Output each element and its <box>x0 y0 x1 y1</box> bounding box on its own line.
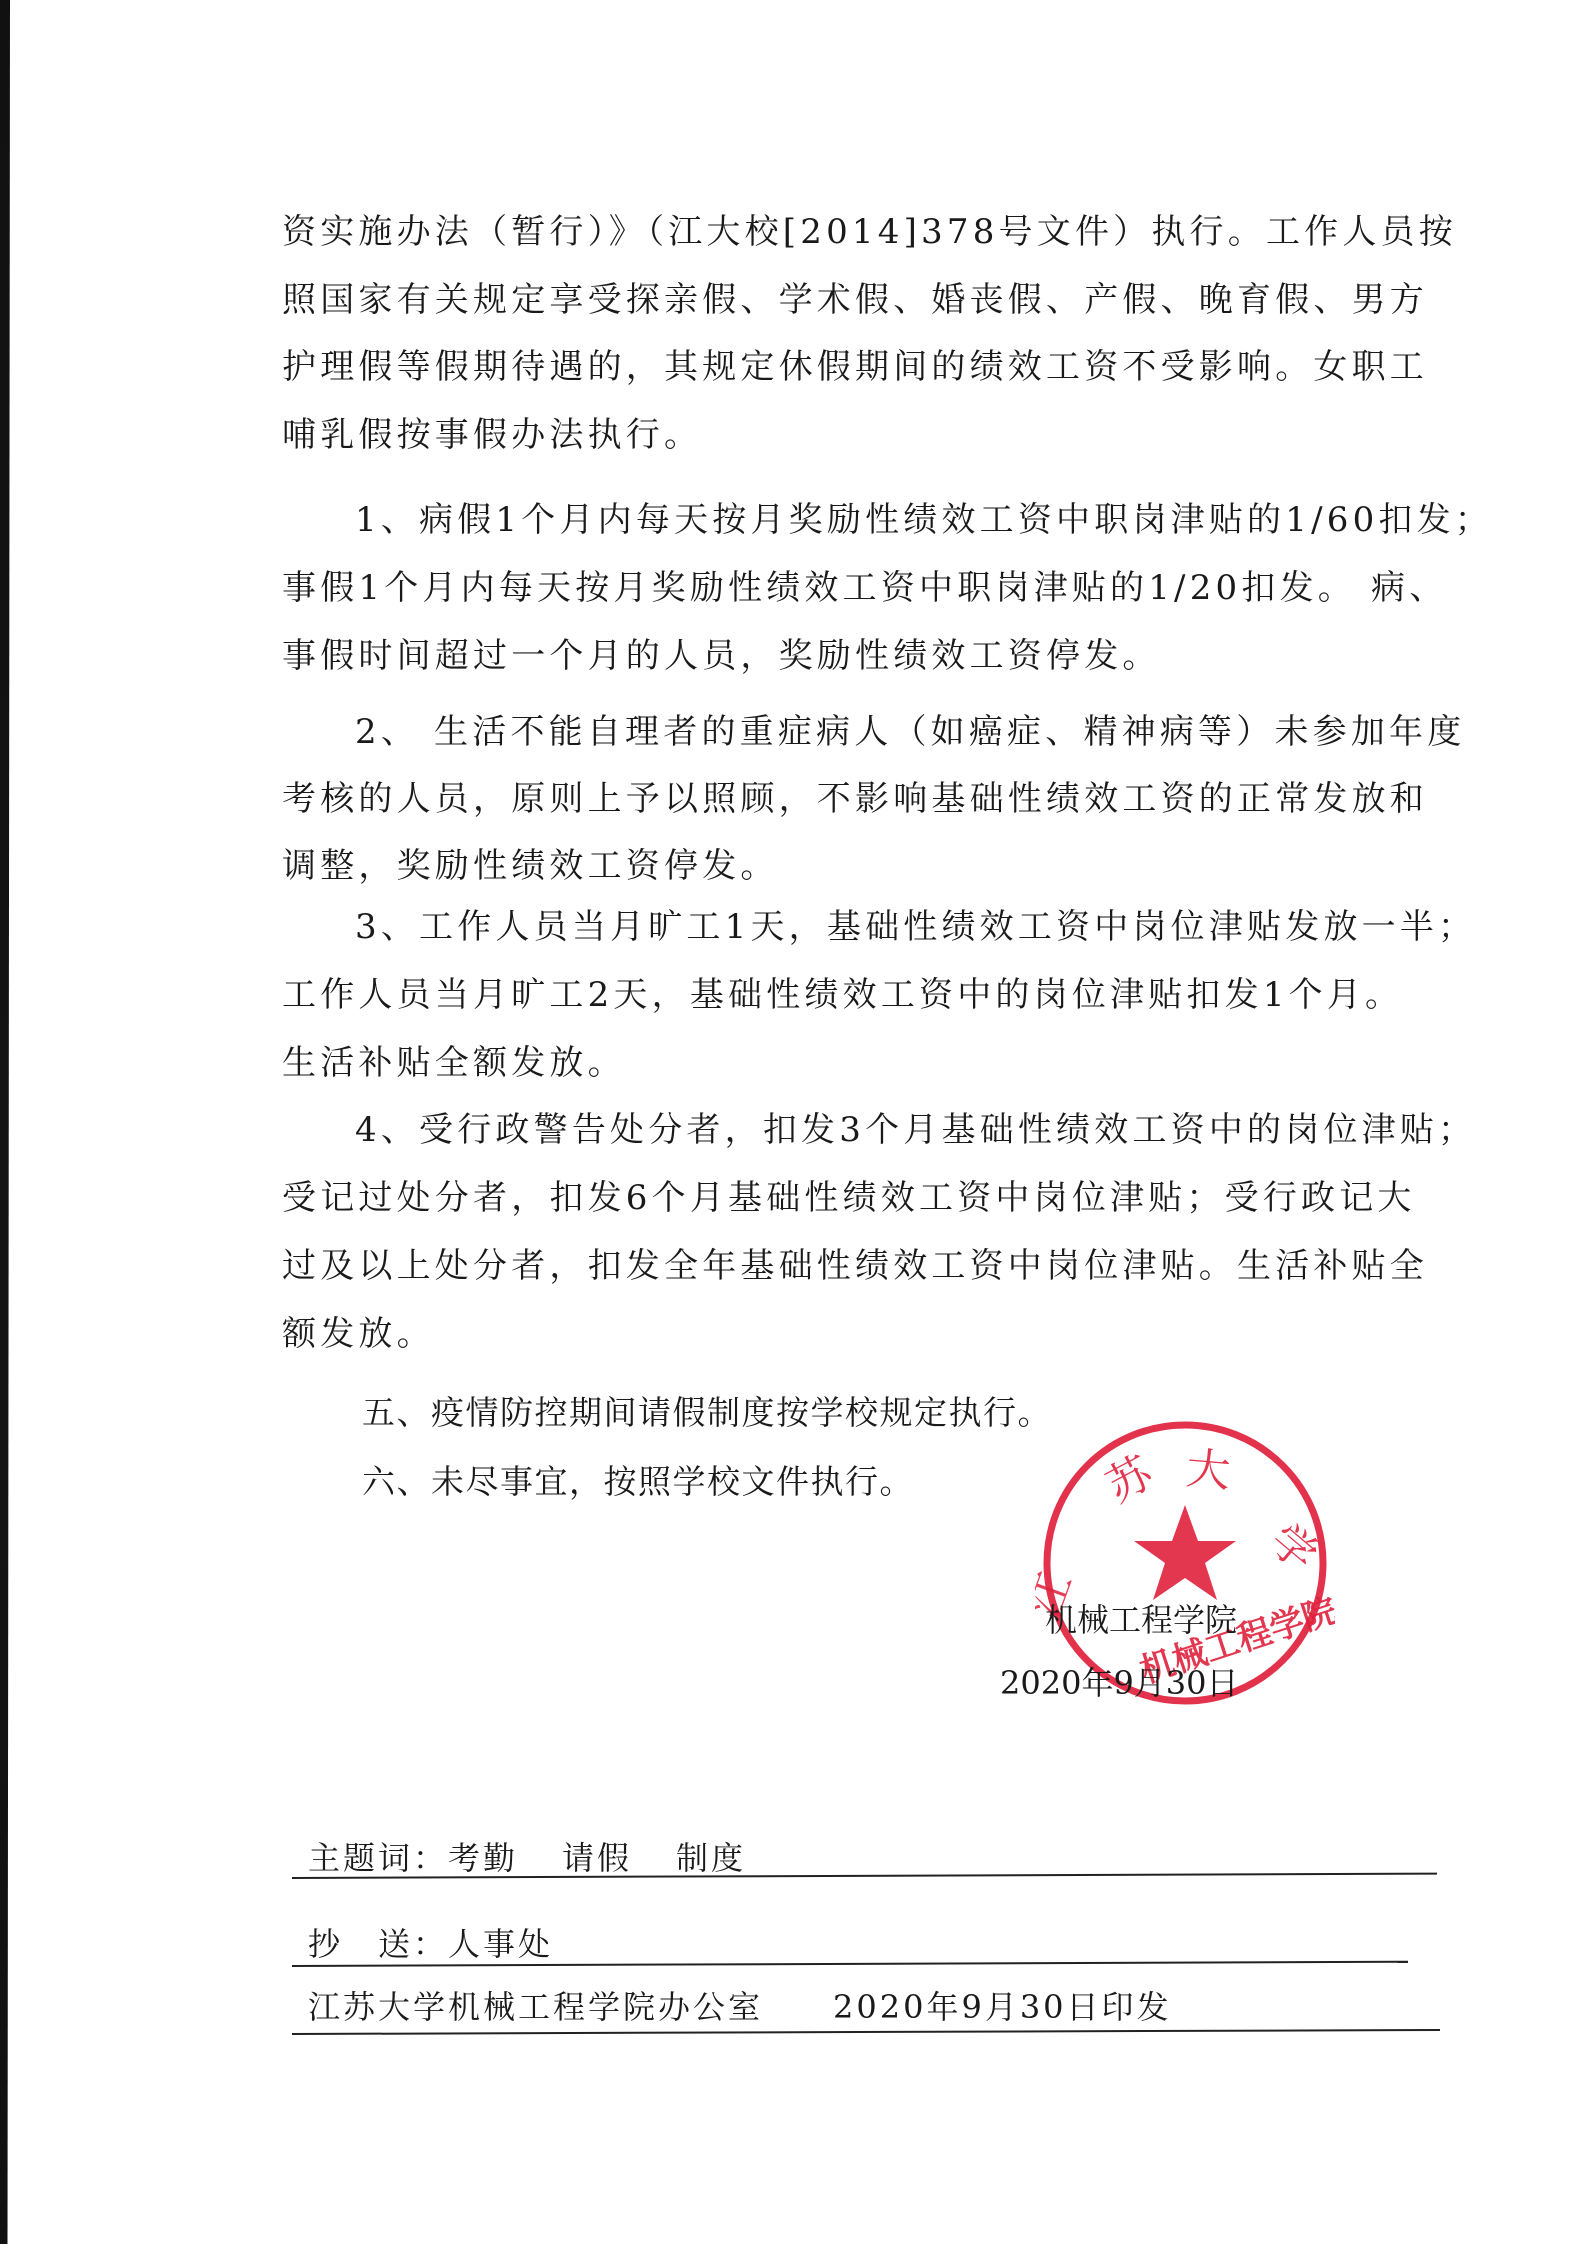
item-4-line: 4、受行政警告处分者，扣发3个月基础性绩效工资中的岗位津贴； <box>355 1110 1485 1150</box>
issuer-name: 江苏大学机械工程学院办公室 <box>308 1988 763 2026</box>
item-1-line: 事假时间超过一个月的人员，奖励性绩效工资停发。 <box>282 636 1412 676</box>
keywords-row: 主题词：考勤请假制度 <box>308 1838 746 1878</box>
item-4-line: 过及以上处分者，扣发全年基础性绩效工资中岗位津贴。生活补贴全 <box>282 1246 1412 1286</box>
item-2-line: 考核的人员，原则上予以照顾，不影响基础性绩效工资的正常发放和 <box>282 779 1412 819</box>
item-3-line: 工作人员当月旷工2天，基础性绩效工资中的岗位津贴扣发1个月。 <box>282 975 1412 1015</box>
keywords-label: 主题词： <box>308 1839 448 1877</box>
keyword: 考勤 <box>448 1839 518 1877</box>
body-line: 资实施办法（暂行）》（江大校[2014]378号文件）执行。工作人员按 <box>282 212 1412 252</box>
svg-text:大: 大 <box>1184 1443 1232 1498</box>
keyword: 制度 <box>676 1839 746 1877</box>
item-1-line: 事假1个月内每天按月奖励性绩效工资中职岗津贴的1/20扣发。 病、 <box>282 568 1412 608</box>
item-2-line: 2、 生活不能自理者的重症病人（如癌症、精神病等）未参加年度 <box>355 712 1485 752</box>
item-4-line: 受记过处分者，扣发6个月基础性绩效工资中岗位津贴；受行政记大 <box>282 1178 1412 1218</box>
cc-value: 人事处 <box>448 1925 553 1963</box>
star-icon <box>1134 1505 1236 1600</box>
cc-row: 抄 送：人事处 <box>308 1924 553 1964</box>
keyword: 请假 <box>562 1839 632 1877</box>
body-line: 照国家有关规定享受探亲假、学术假、婚丧假、产假、晚育假、男方 <box>282 280 1412 320</box>
svg-text:苏: 苏 <box>1098 1447 1162 1513</box>
signature-date: 2020年9月30日 <box>1000 1663 1239 1703</box>
body-line: 哺乳假按事假办法执行。 <box>282 415 1412 455</box>
document-page: 资实施办法（暂行）》（江大校[2014]378号文件）执行。工作人员按 照国家有… <box>0 0 1587 2244</box>
body-line: 护理假等假期待遇的，其规定休假期间的绩效工资不受影响。女职工 <box>282 347 1412 387</box>
issuer-row: 江苏大学机械工程学院办公室2020年9月30日印发 <box>308 1987 1172 2027</box>
item-2-line: 调整，奖励性绩效工资停发。 <box>282 846 1412 886</box>
cc-label: 抄 送： <box>308 1925 448 1963</box>
issue-date: 2020年9月30日印发 <box>833 1988 1172 2026</box>
signature-organization: 机械工程学院 <box>1045 1600 1237 1640</box>
item-1-line: 1、病假1个月内每天按月奖励性绩效工资中职岗津贴的1/60扣发； <box>355 500 1485 540</box>
item-4-line: 额发放。 <box>282 1314 1412 1354</box>
item-3-line: 生活补贴全额发放。 <box>282 1043 1412 1083</box>
item-3-line: 3、工作人员当月旷工1天，基础性绩效工资中岗位津贴发放一半； <box>355 907 1485 947</box>
footer-divider <box>292 2029 1440 2035</box>
